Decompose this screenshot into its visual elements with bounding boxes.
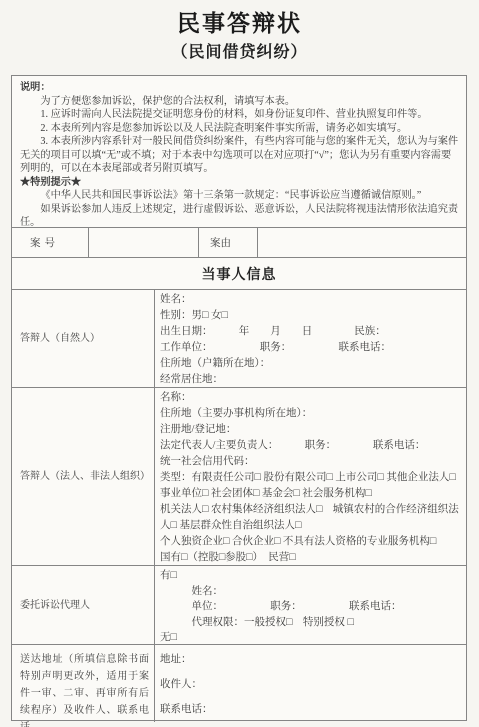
- field-line: 有□: [160, 568, 462, 584]
- case-number-label: 案号: [12, 228, 88, 257]
- litigation-agent-row: 委托诉讼代理人 有□ 姓名： 单位： 职务： 联系电话： 代理权限：一般授权□ …: [12, 566, 466, 645]
- civil-defense-statement-form: 民事答辩状 （民间借贷纠纷） 说明： 为了方便您参加诉讼，保护您的合法权利，请填…: [0, 0, 479, 727]
- case-cause-label: 案由: [198, 228, 257, 257]
- case-info-row: 案号 案由: [12, 228, 466, 258]
- page-title: 民事答辩状: [0, 9, 479, 39]
- service-address-fields: 地址： 收件人： 联系电话：: [154, 645, 466, 722]
- litigation-agent-label: 委托诉讼代理人: [12, 566, 154, 644]
- service-address-label: 送达地址（所填信息除书面特别声明更改外，适用于案件一审、二审、再审所有后续程序）…: [12, 645, 154, 722]
- respondent-natural-person-fields: 姓名： 性别：男□ 女□ 出生日期： 年 月 日 民族： 工作单位： 职务： 联…: [154, 290, 466, 387]
- respondent-natural-person-label: 答辩人（自然人）: [12, 290, 154, 387]
- field-line: 机关法人□ 农村集体经济组织法人□ 城镇农村的合作经济组织法人□ 基层群众性自治…: [160, 502, 462, 534]
- instructions-paragraph: 1. 应诉时需向人民法院提交证明您身份的材料，如身份证复印件、营业执照复印件等。: [20, 108, 460, 122]
- field-line: 事业单位□ 社会团体□ 基金会□ 社会服务机构□: [160, 486, 462, 502]
- field-line: 联系电话：: [160, 697, 462, 722]
- field-line: 性别：男□ 女□: [160, 308, 462, 324]
- special-notice-paragraph: 如果诉讼参加人违反上述规定，进行虚假诉讼、恶意诉讼，人民法院将视违法情形依法追究…: [20, 203, 460, 229]
- respondent-legal-person-label: 答辩人（法人、非法人组织）: [12, 388, 154, 565]
- special-notice-heading: ★特别提示★: [20, 176, 460, 190]
- document-header: 民事答辩状 （民间借贷纠纷）: [0, 0, 479, 75]
- litigation-agent-fields: 有□ 姓名： 单位： 职务： 联系电话： 代理权限：一般授权□ 特别授权 □ 无…: [154, 566, 466, 644]
- field-line: 出生日期： 年 月 日 民族：: [160, 324, 462, 340]
- instructions-paragraph: 为了方便您参加诉讼，保护您的合法权利，请填写本表。: [20, 95, 460, 109]
- field-line: 名称：: [160, 390, 462, 406]
- field-line: 法定代表人/主要负责人： 职务： 联系电话：: [160, 438, 462, 454]
- field-line: 姓名：: [160, 292, 462, 308]
- instructions-paragraph: 3. 本表所涉内容系针对一般民间借贷纠纷案件，有些内容可能与您的案件无关，您认为…: [20, 135, 460, 176]
- field-line: 个人独资企业□ 合伙企业□ 不具有法人资格的专业服务机构□: [160, 534, 462, 550]
- field-line: 国有□（控股□参股□） 民营□: [160, 550, 462, 565]
- field-line: 工作单位： 职务： 联系电话：: [160, 340, 462, 356]
- field-line: 类型：有限责任公司□ 股份有限公司□ 上市公司□ 其他企业法人□: [160, 470, 462, 486]
- field-line: 住所地（户籍所在地）：: [160, 356, 462, 372]
- field-line: 代理权限：一般授权□ 特别授权 □: [160, 615, 462, 631]
- instructions-paragraph: 2. 本表所列内容是您参加诉讼以及人民法院查明案件事实所需，请务必如实填写。: [20, 122, 460, 136]
- field-line: 经常居住地：: [160, 372, 462, 387]
- respondent-natural-person-row: 答辩人（自然人） 姓名： 性别：男□ 女□ 出生日期： 年 月 日 民族： 工作…: [12, 290, 466, 388]
- field-line: 单位： 职务： 联系电话：: [160, 599, 462, 615]
- respondent-legal-person-fields: 名称： 住所地（主要办事机构所在地）： 注册地/登记地： 法定代表人/主要负责人…: [154, 388, 466, 565]
- instructions-section: 说明： 为了方便您参加诉讼，保护您的合法权利，请填写本表。 1. 应诉时需向人民…: [12, 76, 466, 228]
- field-line: 收件人：: [160, 672, 462, 697]
- party-info-section-title: 当事人信息: [12, 258, 466, 290]
- field-line: 注册地/登记地：: [160, 422, 462, 438]
- field-line: 姓名：: [160, 584, 462, 600]
- field-line: 住所地（主要办事机构所在地）：: [160, 406, 462, 422]
- instructions-heading: 说明：: [20, 81, 460, 95]
- form-table: 说明： 为了方便您参加诉讼，保护您的合法权利，请填写本表。 1. 应诉时需向人民…: [11, 75, 467, 721]
- service-address-row: 送达地址（所填信息除书面特别声明更改外，适用于案件一审、二审、再审所有后续程序）…: [12, 645, 466, 722]
- special-notice-paragraph: 《中华人民共和国民事诉讼法》第十三条第一款规定：“民事诉讼应当遵循诚信原则。”: [20, 189, 460, 203]
- respondent-legal-person-row: 答辩人（法人、非法人组织） 名称： 住所地（主要办事机构所在地）： 注册地/登记…: [12, 388, 466, 566]
- page-subtitle: （民间借贷纠纷）: [0, 41, 479, 65]
- case-number-value: [88, 228, 198, 257]
- field-line: 地址：: [160, 647, 462, 672]
- field-line: 无□: [160, 630, 462, 644]
- case-cause-value: [257, 228, 466, 257]
- field-line: 统一社会信用代码：: [160, 454, 462, 470]
